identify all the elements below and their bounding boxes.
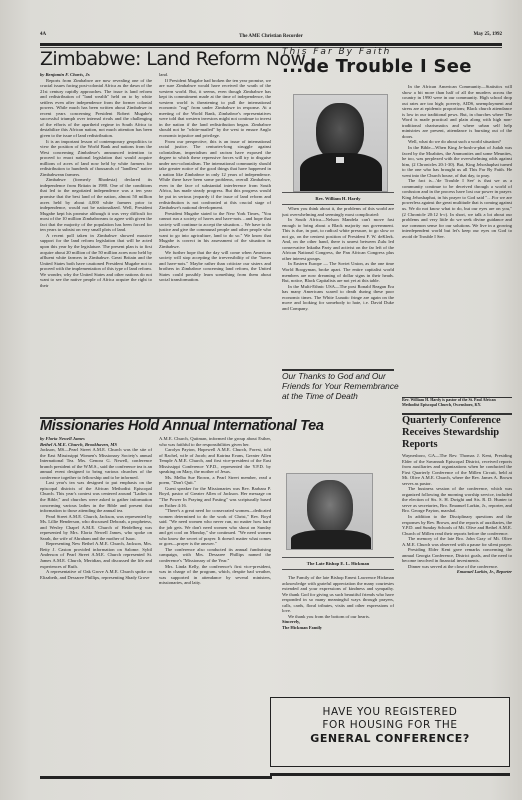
paragraph: Zimbabwe (formerly Rhodesia) declared it… (40, 177, 152, 232)
zimbabwe-column-2: land. If President Mugabe had broken the… (159, 72, 271, 415)
paragraph: The business session of the conference, … (402, 486, 512, 514)
paragraph: The Family of the late Bishop Ernest Law… (282, 575, 394, 614)
missionaries-headline: Missionaries Hold Annual International T… (40, 418, 272, 434)
paragraph: In the Multi-Ethnic USA—The post Ronald … (282, 284, 394, 312)
bottom-rule-left (40, 776, 272, 779)
masthead-rule (40, 43, 502, 46)
clerical-collar (336, 157, 344, 163)
paragraph: In the Bible—When King Je-hosh-a-phat of… (402, 145, 512, 178)
paragraph: The memory of the late Bro. John Gray of… (402, 536, 512, 547)
paragraph: Reports from Zimbabwe are now revealing … (40, 78, 152, 139)
zimbabwe-headline: Zimbabwe: Land Reform Now (40, 48, 272, 70)
ad-line-1: HAVE YOU REGISTERED (271, 706, 509, 719)
paragraph: Representing New Bethel A.M.E. Church, J… (40, 541, 152, 569)
paragraph: "There's a great need for consecrated wo… (159, 508, 271, 547)
thanks-headline: Our Thanks to God and Our Friends for Yo… (282, 371, 402, 401)
paragraph: President Mugabe stated to the New York … (159, 211, 271, 250)
paragraph: Carolyn Payton, Hopewell A.M.E. Church, … (159, 447, 271, 475)
missionaries-column-2: A.M.E. Church, Quitman, informed the gro… (159, 436, 271, 776)
paragraph: From our perspective, this is an issue o… (159, 139, 271, 211)
thanks-body: The Family of the late Bishop Ernest Law… (282, 575, 394, 695)
paragraph: When you think about it, the problems of… (282, 206, 394, 217)
portrait-face (307, 480, 353, 535)
issue-date: May 25, 1992 (474, 32, 502, 37)
paragraph: In South Africa—Nelson Mandela can't mov… (282, 217, 394, 261)
hickman-photo (286, 473, 373, 550)
zimbabwe-column-1: by Benjamin F. Chavis, Jr. Reports from … (40, 72, 152, 415)
quarterly-body: Waynesboro, GA—The Rev. Thomas J. Kent, … (402, 453, 512, 693)
paragraph: The fact is…'de Trouble I See' is that w… (402, 178, 512, 239)
paragraph: Presiding Elder Kent gave remarks concer… (402, 547, 512, 564)
paragraph: Mrs. Linda Kelly, the conference's first… (159, 564, 271, 586)
paragraph: A.M.E. Church, Quitman, informed the gro… (159, 436, 271, 447)
missionaries-column-1: by Floria Newell James Bethel A.M.E. Chu… (40, 436, 152, 776)
paragraph: Pearl Street A.M.E. Church, Jackson, was… (40, 514, 152, 542)
paragraph: If President Mugabe had broken the ten y… (159, 78, 271, 139)
signature: The Hickman Family (282, 625, 394, 631)
portrait-shoulders (291, 530, 371, 550)
publication-name: The AME Christian Recorder (40, 34, 502, 39)
author-bio: Rev. William H. Hardy is pastor of the S… (402, 398, 512, 407)
paragraph: A representative of Oak Grove A.M.E. Chu… (40, 569, 152, 580)
paragraph: Waynesboro, GA—The Rev. Thomas J. Kent, … (402, 453, 512, 486)
newspaper-page: 4A The AME Christian Recorder May 25, 19… (0, 0, 522, 800)
reporter-credit: Emanuel Larkin, Jr., Reporter (402, 569, 512, 575)
paragraph: Guest speaker for the Missionaries was R… (159, 486, 271, 508)
ad-line-2: FOR HOUSING FOR THE (271, 719, 509, 732)
paragraph: The conference also conducted its annual… (159, 547, 271, 564)
paragraph: In Eastern Europe — The Soviet Union, as… (282, 261, 394, 283)
paragraph: We further hope that the day will come w… (159, 250, 271, 283)
hardy-photo-caption: Rev. William H. Hardy (282, 192, 394, 205)
quarterly-headline: Quarterly Conference Receives Stewardshi… (402, 415, 512, 451)
housing-registration-ad: HAVE YOU REGISTERED FOR HOUSING FOR THE … (270, 697, 510, 767)
paragraph: A recent poll taken in Zimbabwe showed m… (40, 233, 152, 288)
hardy-photo (293, 94, 388, 192)
paragraph: In addition to the Disciplinary question… (402, 514, 512, 536)
bottom-rule-right (270, 773, 510, 776)
paragraph: Last year's tea was designed to put emph… (40, 480, 152, 513)
masthead: 4A The AME Christian Recorder May 25, 19… (40, 28, 502, 42)
paragraph: It is an important lesson of contemporar… (40, 139, 152, 178)
trouble-column-left: When you think about it, the problems of… (282, 206, 394, 366)
trouble-column-right: In the African American Community—Statis… (402, 84, 512, 382)
paragraph: In the African American Community—Statis… (402, 84, 512, 139)
paragraph: Ms. Melba Sue Brown, a Pearl Street memb… (159, 475, 271, 486)
trouble-headline: ...de Trouble I See (282, 56, 472, 77)
hickman-photo-caption: The Late Bishop E. L. Hickman (282, 557, 394, 570)
ad-line-3: GENERAL CONFERENCE? (271, 732, 509, 746)
paragraph: Jackson, MS—Pearl Street A.M.E. Church w… (40, 447, 152, 480)
